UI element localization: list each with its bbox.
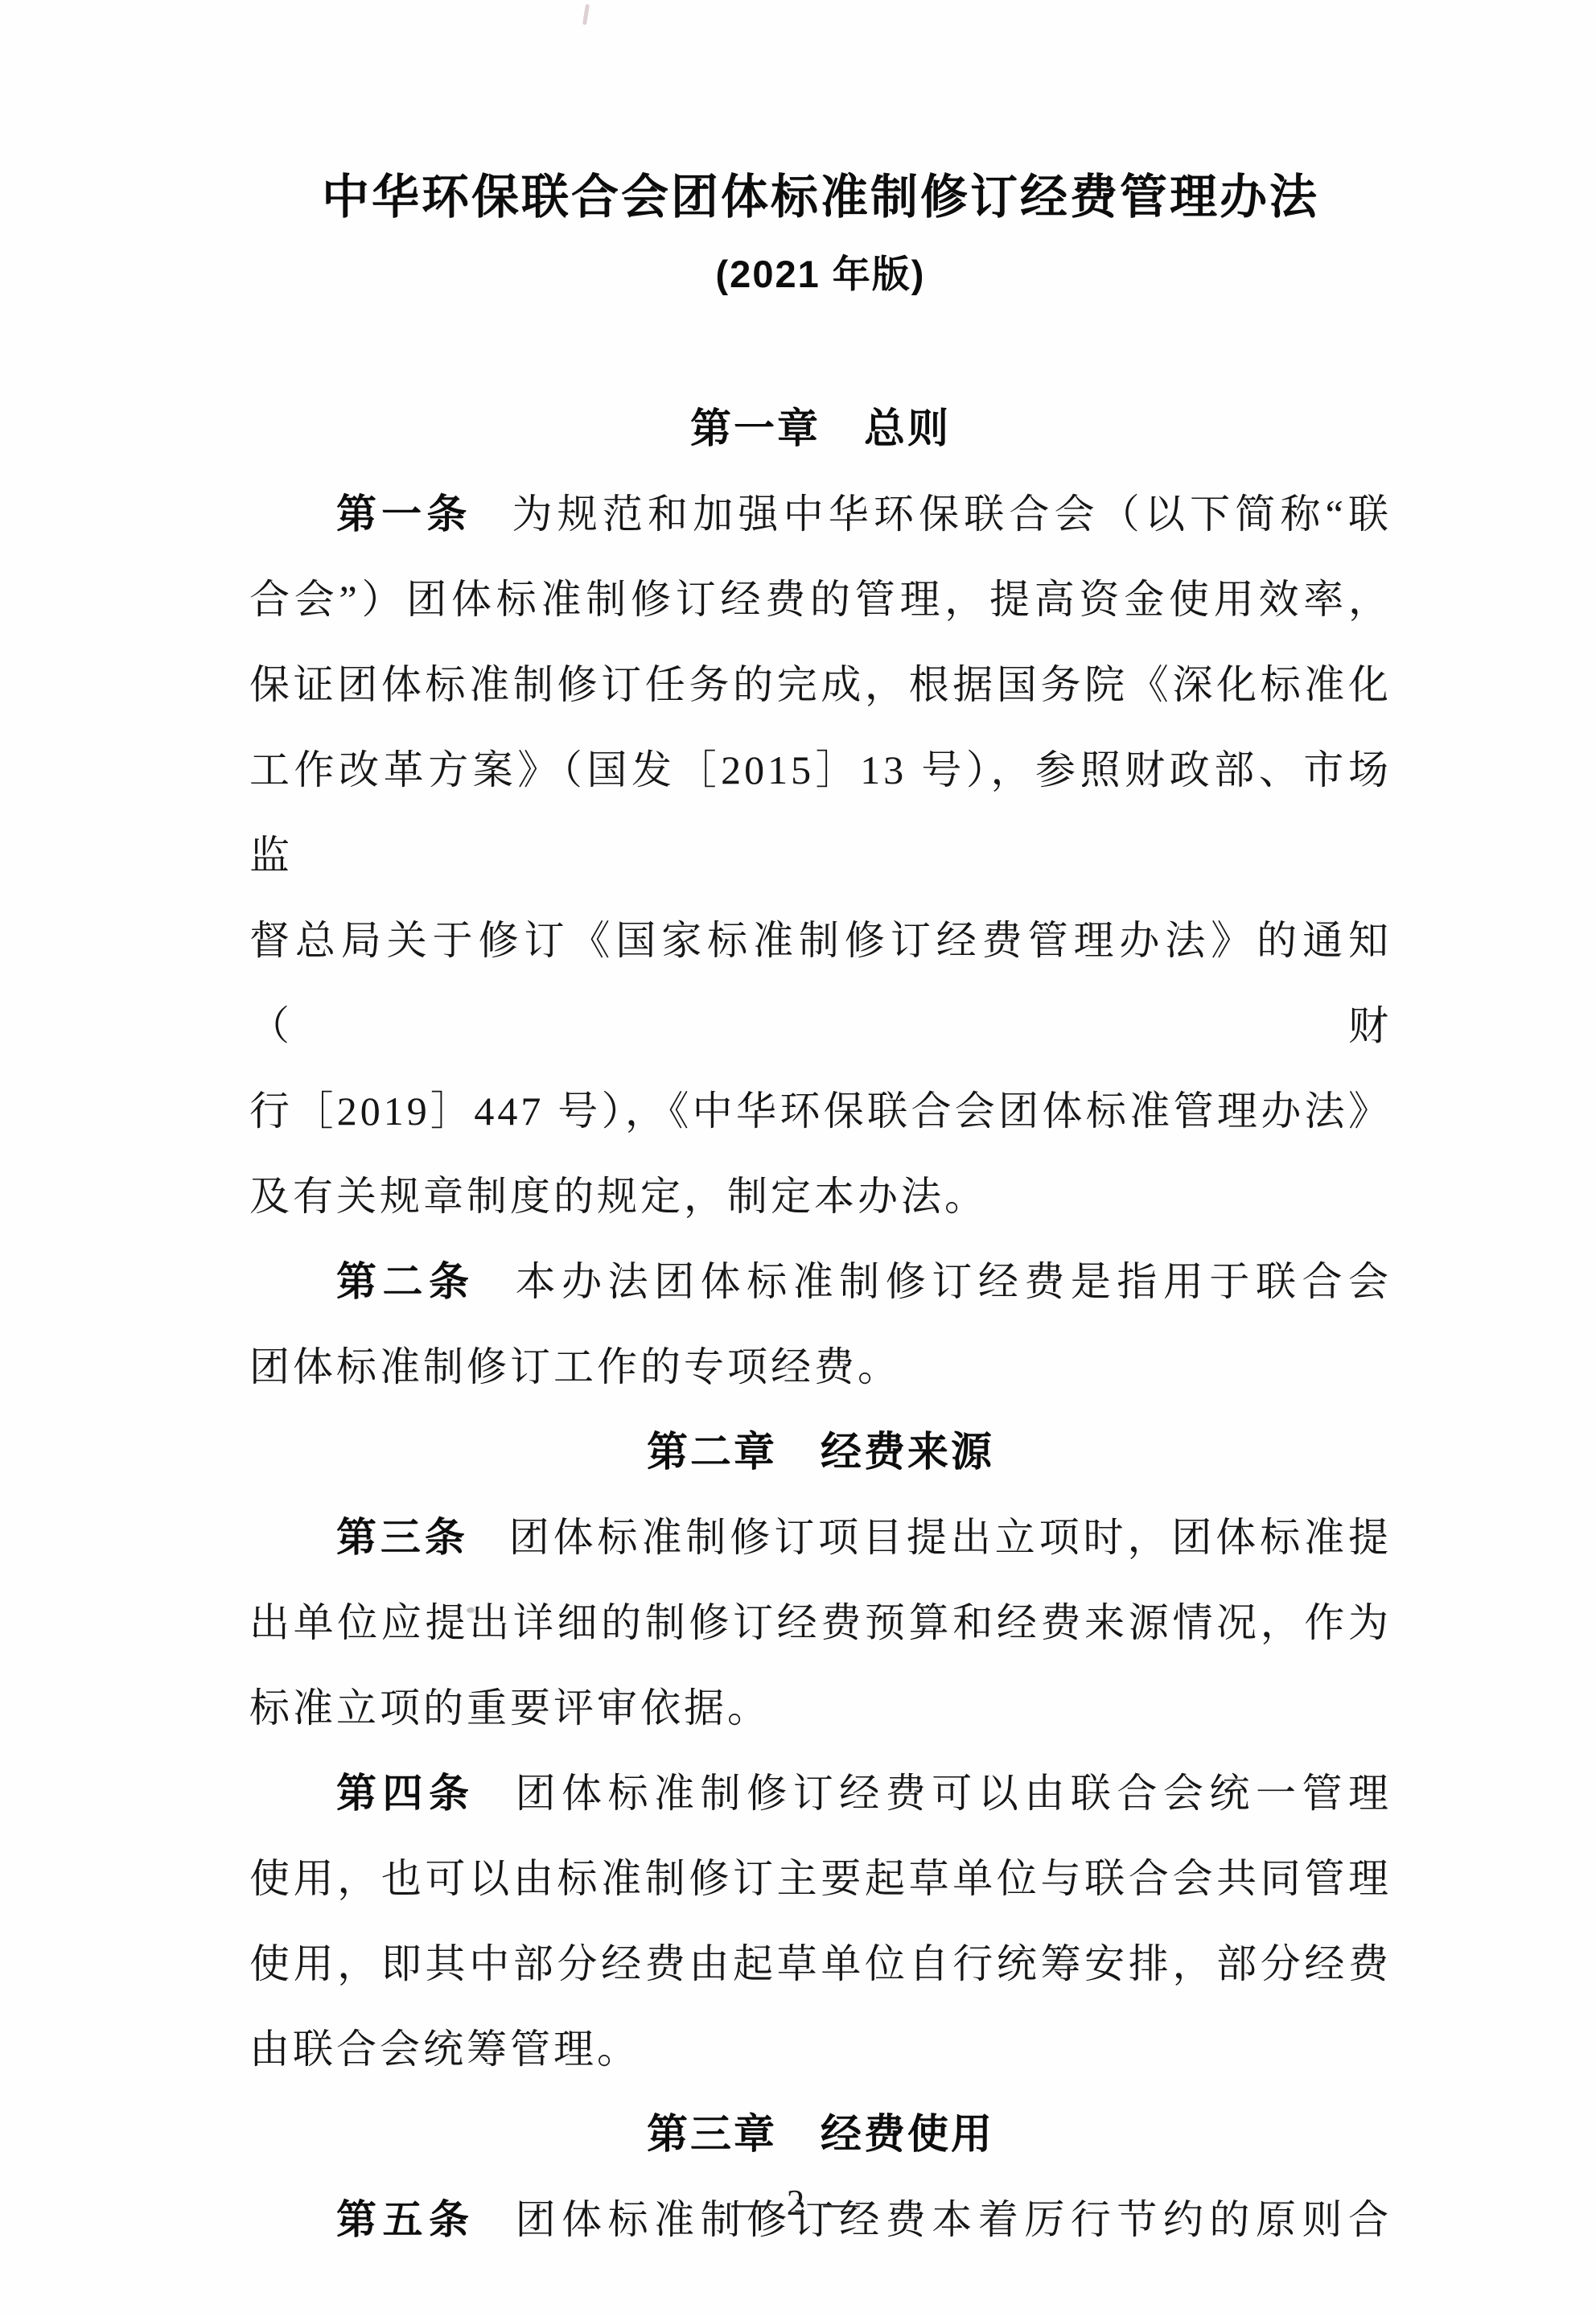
line-text: 行［2019］447 号），《中华环保联合会团体标准管理办法》 [249, 1089, 1392, 1134]
line-text: 第一章 总则 [690, 405, 951, 451]
line-text: 使用，即其中部分经费由起草单位自行统筹安排，部分经费 [249, 1941, 1392, 1986]
document-line: 第一条为规范和加强中华环保联合会（以下简称“联 [249, 471, 1392, 557]
document-line: 第三条团体标准制修订项目提出立项时，团体标准提 [249, 1495, 1392, 1580]
document-line: 使用，也可以由标准制修订主要起草单位与联合会共同管理 [249, 1836, 1392, 1921]
line-text: 团体标准制修订工作的专项经费。 [249, 1344, 901, 1389]
line-text: 保证团体标准制修订任务的完成，根据国务院《深化标准化 [249, 662, 1392, 707]
line-text: 本办法团体标准制修订经费是指用于联合会 [516, 1259, 1392, 1304]
line-text: 第二章 经费来源 [647, 1429, 994, 1475]
article-number: 第一条 [336, 492, 472, 537]
document-line: 及有关规章制度的规定，制定本办法。 [249, 1154, 1392, 1239]
page-number: — 2 — [732, 2183, 865, 2223]
line-text: 团体标准制修订项目提出立项时，团体标准提 [509, 1515, 1392, 1560]
document-line: 团体标准制修订工作的专项经费。 [249, 1324, 1392, 1410]
chapter-heading: 第一章 总则 [249, 386, 1392, 471]
document-subtitle: (2021 年版) [249, 237, 1392, 311]
page-footer: — 2 — [0, 2182, 1596, 2224]
document-line: 第四条团体标准制修订经费可以由联合会统一管理 [249, 1751, 1392, 1836]
line-text: 由联合会统筹管理。 [249, 2027, 640, 2072]
line-text: 第三章 经费使用 [647, 2111, 994, 2157]
article-number: 第三条 [336, 1515, 469, 1560]
document-page: 中华环保联合会团体标准制修订经费管理办法 (2021 年版) 第一章 总则第一条… [0, 0, 1596, 2317]
line-text: 工作改革方案》（国发［2015］13 号），参照财政部、市场监 [249, 747, 1392, 878]
line-text: 使用，也可以由标准制修订主要起草单位与联合会共同管理 [249, 1856, 1392, 1901]
chapter-heading: 第三章 经费使用 [249, 2092, 1392, 2177]
chapter-heading: 第二章 经费来源 [249, 1410, 1392, 1495]
document-line: 合会”）团体标准制修订经费的管理，提高资金使用效率， [249, 557, 1392, 642]
line-text: 督总局关于修订《国家标准制修订经费管理办法》的通知（财 [249, 918, 1392, 1048]
document-line: 督总局关于修订《国家标准制修订经费管理办法》的通知（财 [249, 898, 1392, 1068]
document-line: 标准立项的重要评审依据。 [249, 1665, 1392, 1751]
line-text: 标准立项的重要评审依据。 [249, 1685, 771, 1731]
line-text: 合会”）团体标准制修订经费的管理，提高资金使用效率， [249, 577, 1392, 622]
line-text: 出单位应提出详细的制修订经费预算和经费来源情况，作为 [249, 1600, 1392, 1645]
line-text: 团体标准制修订经费可以由联合会统一管理 [516, 1771, 1392, 1816]
scan-speckle [467, 1607, 475, 1613]
document-line: 使用，即其中部分经费由起草单位自行统筹安排，部分经费 [249, 1921, 1392, 2006]
line-text: 及有关规章制度的规定，制定本办法。 [249, 1174, 988, 1219]
article-number: 第四条 [336, 1771, 475, 1816]
page-content: 中华环保联合会团体标准制修订经费管理办法 (2021 年版) 第一章 总则第一条… [0, 0, 1596, 2262]
document-body: 第一章 总则第一条为规范和加强中华环保联合会（以下简称“联合会”）团体标准制修订… [249, 386, 1392, 2262]
document-line: 行［2019］447 号），《中华环保联合会团体标准管理办法》 [249, 1068, 1392, 1154]
document-title: 中华环保联合会团体标准制修订经费管理办法 [249, 157, 1392, 237]
document-line: 工作改革方案》（国发［2015］13 号），参照财政部、市场监 [249, 727, 1392, 898]
document-line: 出单位应提出详细的制修订经费预算和经费来源情况，作为 [249, 1580, 1392, 1665]
document-line: 保证团体标准制修订任务的完成，根据国务院《深化标准化 [249, 642, 1392, 727]
document-line: 第二条本办法团体标准制修订经费是指用于联合会 [249, 1239, 1392, 1324]
document-line: 由联合会统筹管理。 [249, 2006, 1392, 2092]
article-number: 第二条 [336, 1259, 475, 1304]
line-text: 为规范和加强中华环保联合会（以下简称“联 [512, 492, 1392, 537]
